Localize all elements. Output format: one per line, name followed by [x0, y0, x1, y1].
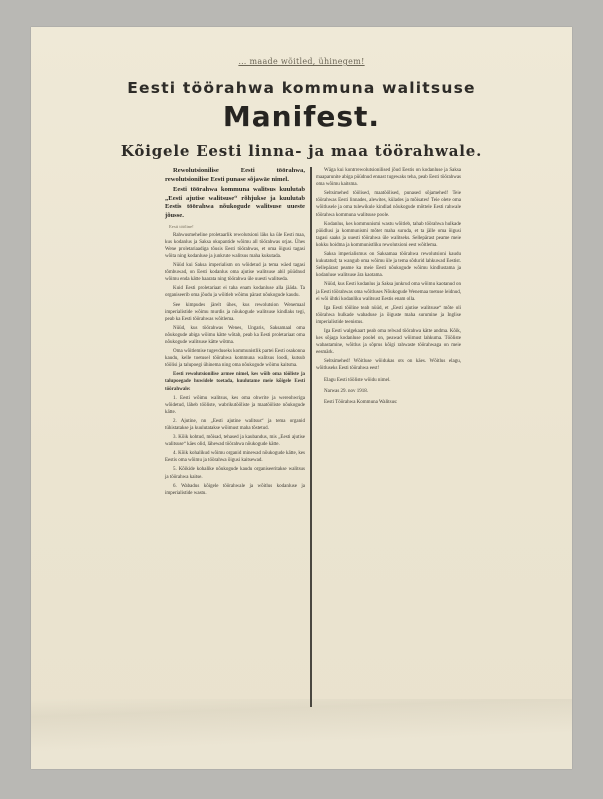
- body-paragraph: Wäga kui kontrrewolutsionilised jõud Ees…: [316, 167, 461, 188]
- declaration-item: 5. Kõikide kohalike nõukogude kaudu orga…: [165, 466, 305, 480]
- body-paragraph: Seltsimehed töölised, maatöölised, punas…: [316, 190, 461, 218]
- body-paragraph: Iga Eesti tööline teab nüüd, et „Eesti a…: [316, 305, 461, 326]
- title-line: Eesti töörahwa kommuna walitsuse: [31, 79, 572, 97]
- declaration-item: 1. Eesti wõimu walitsus, kes oma ohwrite…: [165, 395, 305, 416]
- body-paragraph: Saksa imperialismus on Saksamaa töörahwa…: [316, 251, 461, 279]
- body-paragraph: Kodanlus, kes kommunismi wastu wõitleb, …: [316, 221, 461, 249]
- lead-paragraph-1: Rewolutsionilise Eesti töörahwa, rewolut…: [165, 167, 305, 184]
- declaration-item: 6. Wabadus kõigele töörahwale ja wõitlus…: [165, 483, 305, 497]
- body-paragraph: Nüüd kui Saksa imperialism on wõidetud j…: [165, 262, 305, 283]
- left-column: Rewolutsionilise Eesti töörahwa, rewolut…: [165, 167, 305, 499]
- body-paragraph: Nüüd, kus Eesti kodanlus ja Saksa junkru…: [316, 281, 461, 302]
- manifesto-sheet: … maade wõitled, ühinegem! Eesti töörahw…: [31, 27, 572, 769]
- place-date: Narwas 29. nov 1918.: [316, 388, 461, 395]
- motto-text: … maade wõitled, ühinegem!: [238, 57, 364, 66]
- body-paragraph: Nüüd, kus töörahwas Wenes, Ungaris, Saks…: [165, 325, 305, 346]
- page-title: Manifest.: [31, 100, 572, 133]
- paper-fold-shadow: [31, 699, 572, 769]
- body-paragraph: Seltsimehed! Wõitluse wõidukas ots on kä…: [316, 358, 461, 372]
- body-paragraph: See kimpudes järelt ühes, kus rewolutsio…: [165, 302, 305, 323]
- motto-line: … maade wõitled, ühinegem!: [31, 57, 572, 66]
- declaration-item: 2. Ajutine, nn „Eesti ajutine walitsus“ …: [165, 418, 305, 432]
- signature: Eesti Töörahwa Kommuna Walitsus:: [316, 399, 461, 406]
- salutation: Eesti tööline!: [165, 223, 305, 230]
- body-paragraph: Kuid Eesti proletariaat ei taha enam kod…: [165, 285, 305, 299]
- declaration-item: 4. Kõik kohalikud wõimu organid minewad …: [165, 450, 305, 464]
- body-paragraph: Oma wõitlemise tugevduseks kommunistlik …: [165, 348, 305, 369]
- declaration-paragraph: Eesti rewolutsionilise armee nimel, kes …: [165, 371, 305, 392]
- closing-line: Elagu Eesti tööliste wõidu nimel.: [316, 377, 461, 384]
- declaration-item: 3. Kõik kohtud, mõisad, tehased ja kauba…: [165, 434, 305, 448]
- column-divider: [310, 167, 312, 707]
- body-paragraph: Iga Eesti walgekaart peab oma relwad töö…: [316, 328, 461, 356]
- lead-paragraph-2: Eesti töörahwa kommuna walitsus kuulutab…: [165, 186, 305, 220]
- body-paragraph: Rahwusmeheline proletaarlik rewolutsioni…: [165, 232, 305, 260]
- address-line: Kõigele Eesti linna- ja maa töörahwale.: [31, 142, 572, 160]
- right-column: Wäga kui kontrrewolutsionilised jõud Ees…: [316, 167, 461, 408]
